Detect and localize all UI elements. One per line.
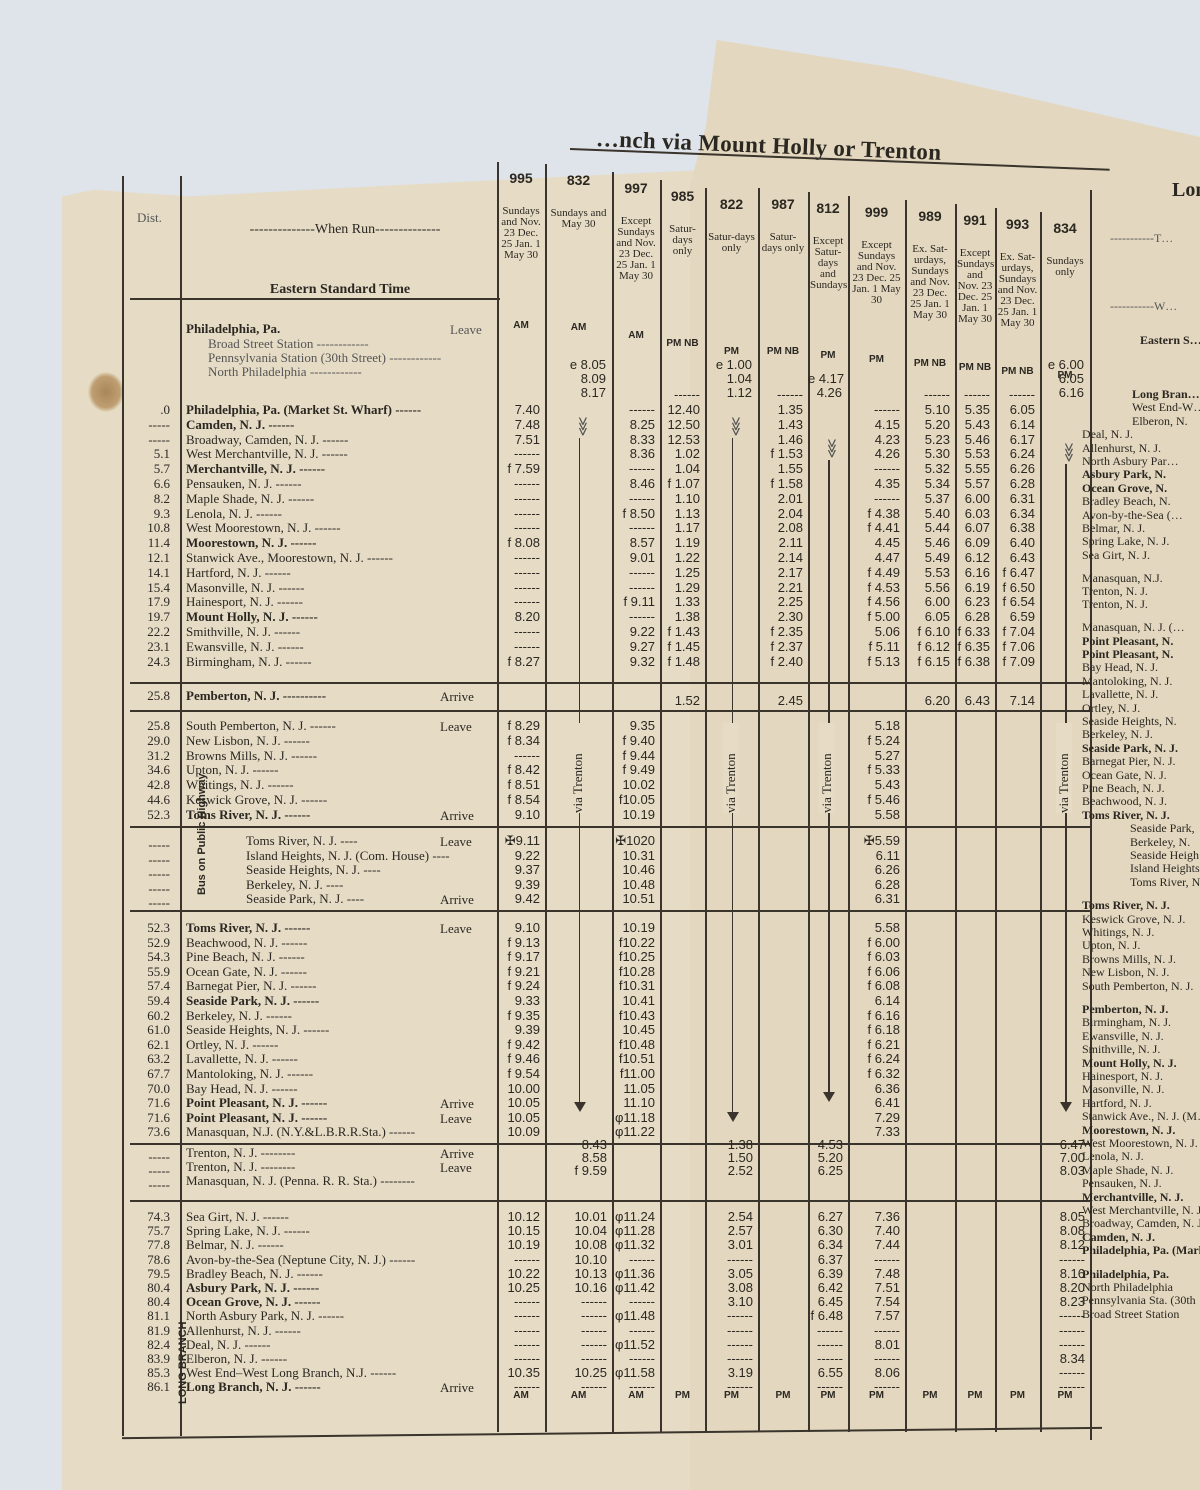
distance: ----- bbox=[124, 433, 170, 447]
station-name: Manasquan, N. J. (Penna. R. R. Sta.) ---… bbox=[186, 1174, 415, 1188]
time-cell: 6.11 bbox=[848, 849, 900, 863]
time-cell: 1.19 bbox=[660, 536, 700, 550]
distance: 62.1 bbox=[124, 1038, 170, 1052]
time-cell: 8.01 bbox=[848, 1338, 900, 1352]
time-cell: 10.05 bbox=[497, 1111, 540, 1125]
right-station-name: Whitings, N. J. bbox=[1082, 926, 1154, 939]
ampm-bottom-991: PM bbox=[955, 1390, 995, 1401]
distance: ----- bbox=[124, 1164, 170, 1178]
right-station-name: Long Bran… bbox=[1132, 388, 1200, 401]
time-cell: ------ bbox=[497, 521, 540, 535]
time-cell: ------ bbox=[612, 521, 655, 535]
right-station-name: North Asbury Par… bbox=[1082, 455, 1179, 468]
time-cell: 3.19 bbox=[705, 1366, 753, 1380]
time-cell: 6.55 bbox=[808, 1366, 843, 1380]
time-cell: ------ bbox=[497, 640, 540, 654]
time-cell: 7.44 bbox=[848, 1238, 900, 1252]
distance: 77.8 bbox=[124, 1238, 170, 1252]
time-cell: 6.00 bbox=[955, 492, 990, 506]
station-name: Ocean Grove, N. J. ------ bbox=[186, 1295, 320, 1309]
time-cell: 6.42 bbox=[808, 1281, 843, 1295]
time-cell: 1.46 bbox=[758, 433, 803, 447]
time-cell: 10.25 bbox=[497, 1281, 540, 1295]
time-cell: 8.06 bbox=[848, 1366, 900, 1380]
time-cell: 7.48 bbox=[497, 418, 540, 432]
time-cell: ------ bbox=[612, 492, 655, 506]
right-station-name: Berkeley, N. J. bbox=[1082, 728, 1153, 741]
time-cell: f 4.41 bbox=[848, 521, 900, 535]
right-station-name: Point Pleasant, N. bbox=[1082, 635, 1173, 648]
station-name: South Pemberton, N. J. ------ bbox=[186, 719, 336, 733]
time-cell: ------ bbox=[612, 1380, 655, 1394]
distance: 63.2 bbox=[124, 1052, 170, 1066]
train-days-999: Except Sundays and Nov. 23 Dec. 25 Jan. … bbox=[850, 240, 903, 306]
station-name: West End–West Long Branch, N.J. ------ bbox=[186, 1366, 396, 1380]
time-cell: f 1.07 bbox=[660, 477, 700, 491]
time-cell: 6.03 bbox=[955, 507, 990, 521]
arrow-fletching-icon: ⋙ bbox=[822, 439, 839, 459]
time-cell: ------ bbox=[848, 1380, 900, 1394]
time-cell: 8.20 bbox=[1040, 1281, 1085, 1295]
station-name: Point Pleasant, N. J. ------ bbox=[186, 1111, 327, 1125]
time-cell: 8.03 bbox=[1040, 1164, 1085, 1178]
time-cell: ------ bbox=[905, 388, 950, 402]
distance: 24.3 bbox=[124, 655, 170, 669]
stain bbox=[88, 372, 124, 412]
time-cell: φ11.28 bbox=[612, 1224, 655, 1238]
right-station-name: Barnegat Pier, N. J. bbox=[1082, 755, 1176, 768]
distance: 10.8 bbox=[124, 521, 170, 535]
station-name: Seaside Park, N. J. ------ bbox=[186, 994, 319, 1008]
time-cell: ------ bbox=[808, 1380, 843, 1394]
distance: 15.4 bbox=[124, 581, 170, 595]
station-name: Seaside Heights, N. J. ------ bbox=[186, 1023, 329, 1037]
distance: 23.1 bbox=[124, 640, 170, 654]
time-cell: 8.08 bbox=[1040, 1224, 1085, 1238]
time-cell: 1.17 bbox=[660, 521, 700, 535]
time-cell: f 5.00 bbox=[848, 610, 900, 624]
arrive-leave-label: Leave bbox=[440, 719, 472, 735]
time-cell: 6.14 bbox=[995, 418, 1035, 432]
time-cell: ------ bbox=[545, 1324, 607, 1338]
time-cell: 6.28 bbox=[995, 477, 1035, 491]
time-cell: 6.07 bbox=[955, 521, 990, 535]
distance: 52.3 bbox=[124, 921, 170, 935]
time-cell: ------ bbox=[808, 1352, 843, 1366]
time-cell: 5.46 bbox=[955, 433, 990, 447]
right-station-name: Sea Girt, N. J. bbox=[1082, 549, 1150, 562]
distance: 57.4 bbox=[124, 979, 170, 993]
distance: 44.6 bbox=[124, 793, 170, 807]
station-name: Allenhurst, N. J. ------ bbox=[186, 1324, 301, 1338]
time-cell: ------ bbox=[848, 1352, 900, 1366]
time-cell: 6.12 bbox=[955, 551, 990, 565]
time-cell: 6.31 bbox=[995, 492, 1035, 506]
time-cell: f 9.24 bbox=[497, 979, 540, 993]
time-cell: f10.28 bbox=[612, 965, 655, 979]
right-station-name: Mount Holly, N. J. bbox=[1082, 1057, 1177, 1070]
via-trenton-label: via Trenton bbox=[1056, 723, 1072, 813]
time-cell: 6.59 bbox=[995, 610, 1035, 624]
right-station-name: New Lisbon, N. J. bbox=[1082, 966, 1169, 979]
time-cell: 4.45 bbox=[848, 536, 900, 550]
time-cell: 10.16 bbox=[545, 1281, 607, 1295]
time-cell: ------ bbox=[955, 388, 990, 402]
time-cell: 1.33 bbox=[660, 595, 700, 609]
time-cell: f 1.45 bbox=[660, 640, 700, 654]
time-cell: 1.12 bbox=[705, 386, 752, 400]
time-cell: φ11.52 bbox=[612, 1338, 655, 1352]
ampm-832: AM bbox=[545, 322, 612, 333]
distance: .0 bbox=[124, 403, 170, 417]
time-cell: 4.47 bbox=[848, 551, 900, 565]
time-cell: 9.22 bbox=[612, 625, 655, 639]
time-cell: ------ bbox=[497, 1253, 540, 1267]
time-cell: 5.30 bbox=[905, 447, 950, 461]
time-cell: f 9.11 bbox=[612, 595, 655, 609]
time-cell: ------ bbox=[808, 1324, 843, 1338]
time-cell: 5.27 bbox=[848, 749, 900, 763]
distance: 12.1 bbox=[124, 551, 170, 565]
time-cell: f 8.29 bbox=[497, 719, 540, 733]
time-cell: f 6.38 bbox=[955, 655, 990, 669]
time-cell: 9.32 bbox=[612, 655, 655, 669]
time-cell: f 6.18 bbox=[848, 1023, 900, 1037]
time-cell: f 6.15 bbox=[905, 655, 950, 669]
time-cell: 10.51 bbox=[612, 892, 655, 906]
time-cell: 12.40 bbox=[660, 403, 700, 417]
time-cell: ------ bbox=[545, 1309, 607, 1323]
via-trenton-label: via Trenton bbox=[723, 723, 739, 813]
time-cell: e 6.00 bbox=[1040, 358, 1084, 372]
time-cell: ------ bbox=[612, 1352, 655, 1366]
station-name: Masonville, N. J. ------ bbox=[186, 581, 304, 595]
time-cell: 3.08 bbox=[705, 1281, 753, 1295]
train-number-985: 985 bbox=[660, 188, 705, 204]
time-cell: 8.12 bbox=[1040, 1238, 1085, 1252]
time-cell: 3.05 bbox=[705, 1267, 753, 1281]
station-name: West Merchantville, N. J. ------ bbox=[186, 447, 348, 461]
ampm-991: PM NB bbox=[955, 362, 995, 373]
section-divider bbox=[130, 1200, 1090, 1202]
train-days-997: Except Sundays and Nov. 23 Dec. 25 Jan. … bbox=[614, 216, 658, 282]
time-cell: ------ bbox=[995, 388, 1035, 402]
time-cell: ------ bbox=[808, 1338, 843, 1352]
train-number-993: 993 bbox=[995, 216, 1040, 232]
time-cell: 2.14 bbox=[758, 551, 803, 565]
time-cell: 10.00 bbox=[497, 1082, 540, 1096]
time-cell: 10.22 bbox=[497, 1267, 540, 1281]
distance: ----- bbox=[124, 838, 170, 852]
train-days-812: Except Satur-days and Sundays bbox=[810, 236, 846, 291]
time-cell: ------ bbox=[848, 403, 900, 417]
time-cell: 10.31 bbox=[612, 849, 655, 863]
distance: 34.6 bbox=[124, 763, 170, 777]
time-cell: ------ bbox=[497, 507, 540, 521]
header-divider bbox=[130, 298, 500, 300]
right-station-name: Island Heights… bbox=[1130, 862, 1200, 875]
train-number-995: 995 bbox=[497, 170, 545, 186]
time-cell: f 6.12 bbox=[905, 640, 950, 654]
distance: 6.6 bbox=[124, 477, 170, 491]
time-cell: ------ bbox=[848, 462, 900, 476]
station-name: Merchantville, N. J. ------ bbox=[186, 462, 325, 476]
when-run-label: --------------When Run-------------- bbox=[190, 222, 500, 238]
right-station-name: Deal, N. J. bbox=[1082, 428, 1133, 441]
time-cell: 10.15 bbox=[497, 1224, 540, 1238]
distance: 17.9 bbox=[124, 595, 170, 609]
distance: 52.3 bbox=[124, 808, 170, 822]
time-cell: e 4.17 bbox=[808, 372, 842, 386]
time-cell: 1.52 bbox=[660, 694, 700, 708]
distance: 14.1 bbox=[124, 566, 170, 580]
time-cell: 6.34 bbox=[808, 1238, 843, 1252]
time-cell: ------ bbox=[612, 566, 655, 580]
time-cell: 10.04 bbox=[545, 1224, 607, 1238]
arrow-fletching-icon: ⋙ bbox=[573, 417, 590, 437]
time-cell: ------ bbox=[497, 566, 540, 580]
train-days-987: Satur-days only bbox=[760, 232, 806, 254]
distance: ----- bbox=[124, 882, 170, 896]
train-days-832: Sundays and May 30 bbox=[547, 208, 610, 230]
time-cell: ------ bbox=[497, 1352, 540, 1366]
time-cell: 7.33 bbox=[848, 1125, 900, 1139]
station-name: Beachwood, N. J. ------ bbox=[186, 936, 307, 950]
time-cell: 10.25 bbox=[545, 1366, 607, 1380]
station-name: Bradley Beach, N. J. ------ bbox=[186, 1267, 323, 1281]
time-cell: 10.12 bbox=[497, 1210, 540, 1224]
time-cell: ------ bbox=[612, 403, 655, 417]
right-station-name: Camden, N. J. bbox=[1082, 1231, 1155, 1244]
distance: 42.8 bbox=[124, 778, 170, 792]
section-divider bbox=[130, 710, 1090, 712]
time-cell: 6.20 bbox=[905, 694, 950, 708]
distance: 74.3 bbox=[124, 1210, 170, 1224]
time-cell: f 9.49 bbox=[612, 763, 655, 777]
station-name: Bay Head, N. J. ------ bbox=[186, 1082, 298, 1096]
time-cell: ------ bbox=[660, 388, 700, 402]
time-cell: 10.02 bbox=[612, 778, 655, 792]
ampm-bottom-993: PM bbox=[995, 1390, 1040, 1401]
time-cell: f10.48 bbox=[612, 1038, 655, 1052]
station-name: Camden, N. J. ------ bbox=[186, 418, 294, 432]
time-cell: 6.28 bbox=[848, 878, 900, 892]
station-name: Broad Street Station ------------ bbox=[208, 337, 369, 351]
time-cell: φ11.36 bbox=[612, 1267, 655, 1281]
time-cell: ------ bbox=[612, 462, 655, 476]
time-cell: φ11.58 bbox=[612, 1366, 655, 1380]
station-name: Pine Beach, N. J. ------ bbox=[186, 950, 305, 964]
long-branch-label: LONG BRANCH bbox=[178, 1358, 188, 1404]
station-name: Pensauken, N. J. ------ bbox=[186, 477, 302, 491]
time-cell: ------ bbox=[497, 551, 540, 565]
time-cell: φ11.42 bbox=[612, 1281, 655, 1295]
right-station-name: Seaside Heigh… bbox=[1130, 849, 1200, 862]
time-cell: f 7.04 bbox=[995, 625, 1035, 639]
time-cell: 10.13 bbox=[545, 1267, 607, 1281]
ampm-987: PM NB bbox=[758, 346, 808, 357]
station-name: Spring Lake, N. J. ------ bbox=[186, 1224, 310, 1238]
time-cell: ------ bbox=[612, 610, 655, 624]
right-station-name: Mantoloking, N. J. bbox=[1082, 675, 1172, 688]
time-cell: 5.20 bbox=[905, 418, 950, 432]
time-cell: f 9.17 bbox=[497, 950, 540, 964]
time-cell: f 9.21 bbox=[497, 965, 540, 979]
time-cell: 5.18 bbox=[848, 719, 900, 733]
arrow-fletching-icon: ⋙ bbox=[1059, 443, 1076, 463]
time-cell: f 9.54 bbox=[497, 1067, 540, 1081]
time-cell: 9.27 bbox=[612, 640, 655, 654]
time-cell: f 6.16 bbox=[848, 1009, 900, 1023]
right-station-name: Toms River, N. J. bbox=[1082, 809, 1170, 822]
station-name: Manasquan, N.J. (N.Y.&L.B.R.R.Sta.) ----… bbox=[186, 1125, 415, 1139]
column-divider bbox=[905, 200, 907, 1432]
station-name: Berkeley, N. J. ------ bbox=[186, 1009, 292, 1023]
time-zone-label: Eastern Standard Time bbox=[190, 282, 490, 298]
distance: ----- bbox=[124, 1150, 170, 1164]
time-cell: f 9.35 bbox=[497, 1009, 540, 1023]
time-cell: 10.10 bbox=[545, 1253, 607, 1267]
right-header-fragment: Eastern S… bbox=[1140, 334, 1200, 347]
distance: 70.0 bbox=[124, 1082, 170, 1096]
time-cell: 10.08 bbox=[545, 1238, 607, 1252]
distance: 82.4 bbox=[124, 1338, 170, 1352]
station-name: Trenton, N. J. -------- bbox=[186, 1146, 295, 1160]
column-divider bbox=[660, 180, 662, 1432]
time-cell: 5.58 bbox=[848, 808, 900, 822]
time-cell: 5.35 bbox=[955, 403, 990, 417]
station-name: North Asbury Park, N. J. ------ bbox=[186, 1309, 344, 1323]
distance: 8.2 bbox=[124, 492, 170, 506]
station-name: Belmar, N. J. ------ bbox=[186, 1238, 284, 1252]
distance: 11.4 bbox=[124, 536, 170, 550]
time-cell: 5.56 bbox=[905, 581, 950, 595]
time-cell: 5.43 bbox=[848, 778, 900, 792]
right-station-name: Masonville, N. J. bbox=[1082, 1083, 1164, 1096]
time-cell: 6.28 bbox=[955, 610, 990, 624]
time-cell: f 6.24 bbox=[848, 1052, 900, 1066]
train-days-993: Ex. Sat-urdays, Sundays and Nov. 23 Dec.… bbox=[997, 252, 1038, 329]
time-cell: 6.17 bbox=[995, 433, 1035, 447]
section-divider bbox=[130, 826, 1090, 828]
time-cell: f 2.37 bbox=[758, 640, 803, 654]
time-cell: 10.35 bbox=[497, 1366, 540, 1380]
time-cell: ✠1020 bbox=[612, 834, 655, 848]
time-cell: 1.13 bbox=[660, 507, 700, 521]
ampm-bottom-989: PM bbox=[905, 1390, 955, 1401]
arrive-leave-label: Arrive bbox=[440, 1380, 474, 1396]
right-station-name: Seaside Park, N. J. bbox=[1082, 742, 1178, 755]
time-cell: 2.30 bbox=[758, 610, 803, 624]
station-name: Maple Shade, N. J. ------ bbox=[186, 492, 314, 506]
station-name: Lavallette, N. J. ------ bbox=[186, 1052, 298, 1066]
right-station-name: North Philadelphia bbox=[1082, 1281, 1173, 1294]
time-cell: 7.51 bbox=[848, 1281, 900, 1295]
time-cell: 6.00 bbox=[905, 595, 950, 609]
time-cell: 9.42 bbox=[497, 892, 540, 906]
time-cell: ------ bbox=[612, 1295, 655, 1309]
right-station-name: Broadway, Camden, N. J. bbox=[1082, 1217, 1200, 1230]
time-cell: 7.29 bbox=[848, 1111, 900, 1125]
arrive-leave-label: Leave bbox=[440, 1160, 472, 1176]
time-cell: ------ bbox=[545, 1295, 607, 1309]
right-station-name: Stanwick Ave., N. J. (M… bbox=[1082, 1110, 1200, 1123]
time-cell: 6.26 bbox=[995, 462, 1035, 476]
train-number-997: 997 bbox=[612, 180, 660, 196]
right-station-name: Berkeley, N. bbox=[1130, 836, 1190, 849]
distance: 29.0 bbox=[124, 734, 170, 748]
time-cell: ------ bbox=[612, 1253, 655, 1267]
time-cell: φ11.18 bbox=[612, 1111, 655, 1125]
time-cell: 1.04 bbox=[660, 462, 700, 476]
time-cell: 2.04 bbox=[758, 507, 803, 521]
time-cell: f 4.53 bbox=[848, 581, 900, 595]
right-station-name: Maple Shade, N. J. bbox=[1082, 1164, 1173, 1177]
time-cell: 5.46 bbox=[905, 536, 950, 550]
ampm-bottom-985: PM bbox=[660, 1390, 705, 1401]
time-cell: 2.01 bbox=[758, 492, 803, 506]
station-name: Seaside Heights, N. J. ---- bbox=[246, 863, 381, 877]
time-cell: 2.11 bbox=[758, 536, 803, 550]
right-station-name: Ocean Grove, N. bbox=[1082, 482, 1167, 495]
ampm-812: PM bbox=[808, 350, 848, 361]
time-cell: φ11.22 bbox=[612, 1125, 655, 1139]
time-cell: 6.23 bbox=[955, 595, 990, 609]
distance: 5.1 bbox=[124, 447, 170, 461]
right-station-name: West End-W… bbox=[1132, 401, 1200, 414]
right-station-name: Hainesport, N. J. bbox=[1082, 1070, 1163, 1083]
time-cell: f 6.48 bbox=[808, 1309, 843, 1323]
distance: 25.8 bbox=[124, 719, 170, 733]
time-cell: 6.05 bbox=[995, 403, 1035, 417]
time-cell: 2.17 bbox=[758, 566, 803, 580]
time-cell: 6.14 bbox=[848, 994, 900, 1008]
time-cell: f 8.42 bbox=[497, 763, 540, 777]
time-cell: e 1.00 bbox=[705, 358, 752, 372]
time-cell: e 8.05 bbox=[545, 358, 606, 372]
train-days-834: Sundays only bbox=[1042, 256, 1088, 278]
time-cell: 1.10 bbox=[660, 492, 700, 506]
time-cell: 8.23 bbox=[1040, 1295, 1085, 1309]
time-cell: ------ bbox=[1040, 1380, 1085, 1394]
train-days-822: Satur-days only bbox=[707, 232, 756, 254]
right-station-name: Smithville, N. J. bbox=[1082, 1043, 1160, 1056]
column-divider bbox=[758, 188, 760, 1432]
right-station-name: Philadelphia, Pa. (Mark… bbox=[1082, 1244, 1200, 1257]
distance: 67.7 bbox=[124, 1067, 170, 1081]
time-cell: 8.20 bbox=[497, 610, 540, 624]
distance: 83.9 bbox=[124, 1352, 170, 1366]
train-number-987: 987 bbox=[758, 196, 808, 212]
right-station-name: Asbury Park, N. bbox=[1082, 468, 1166, 481]
time-cell: f10.22 bbox=[612, 936, 655, 950]
station-name: Berkeley, N. J. ---- bbox=[246, 878, 343, 892]
time-cell: 4.15 bbox=[848, 418, 900, 432]
station-name: Toms River, N. J. ------ bbox=[186, 921, 310, 935]
time-cell: 6.16 bbox=[955, 566, 990, 580]
time-cell: ------ bbox=[1040, 1324, 1085, 1338]
time-cell: 7.48 bbox=[848, 1267, 900, 1281]
time-cell: 8.33 bbox=[612, 433, 655, 447]
time-cell: 6.40 bbox=[995, 536, 1035, 550]
time-cell: f 9.40 bbox=[612, 734, 655, 748]
right-station-name: Seaside Park, bbox=[1130, 822, 1195, 835]
time-cell: f 5.11 bbox=[848, 640, 900, 654]
time-cell: ------ bbox=[758, 388, 803, 402]
distance: 73.6 bbox=[124, 1125, 170, 1139]
station-name: Elberon, N. J. ------ bbox=[186, 1352, 287, 1366]
time-cell: ------ bbox=[848, 1324, 900, 1338]
